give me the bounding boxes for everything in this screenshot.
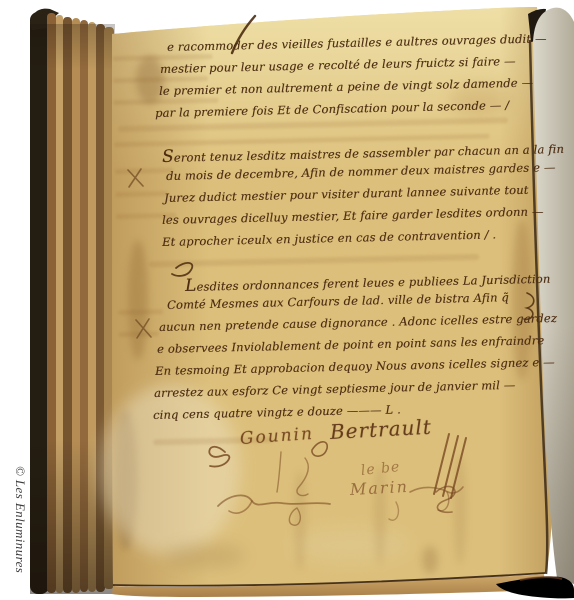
copyright-watermark: © Les Enluminures [12, 466, 28, 573]
manuscript-line-2: mestier pour leur usage e recolté de leu… [160, 54, 516, 76]
signature-3: le be [360, 459, 401, 479]
signature-4: Marin [350, 477, 410, 499]
photo-of-manuscript-book: e racommoder des vieilles fustailles e a… [0, 0, 574, 600]
manuscript-line-7: Jurez dudict mestier pour visiter durant… [164, 183, 529, 205]
manuscript-line-8: les ouvrages dicelluy mestier, Et faire … [162, 204, 544, 227]
manuscript-text-layer: e racommoder des vieilles fustailles e a… [0, 0, 574, 600]
signature-1: Gounin [239, 424, 314, 449]
manuscript-line-12: aucun nen pretende cause dignorance . Ad… [159, 311, 557, 334]
manuscript-line-1: e racommoder des vieilles fustailles e a… [167, 31, 547, 54]
signature-2: Bertrault [329, 415, 432, 444]
manuscript-line-4: par la premiere fois Et de Confiscation … [155, 98, 509, 120]
manuscript-line-3: le premier et non aultrement a peine de … [159, 76, 533, 98]
manuscript-line-9: Et aprocher iceulx en justice en cas de … [162, 227, 496, 249]
manuscript-line-14: En tesmoing Et approbacion dequoy Nous a… [155, 355, 555, 378]
manuscript-line-13: e observees Inviolablement de point en p… [157, 333, 545, 356]
manuscript-line-15: arrestez aux esforz Ce vingt septiesme j… [154, 378, 516, 400]
